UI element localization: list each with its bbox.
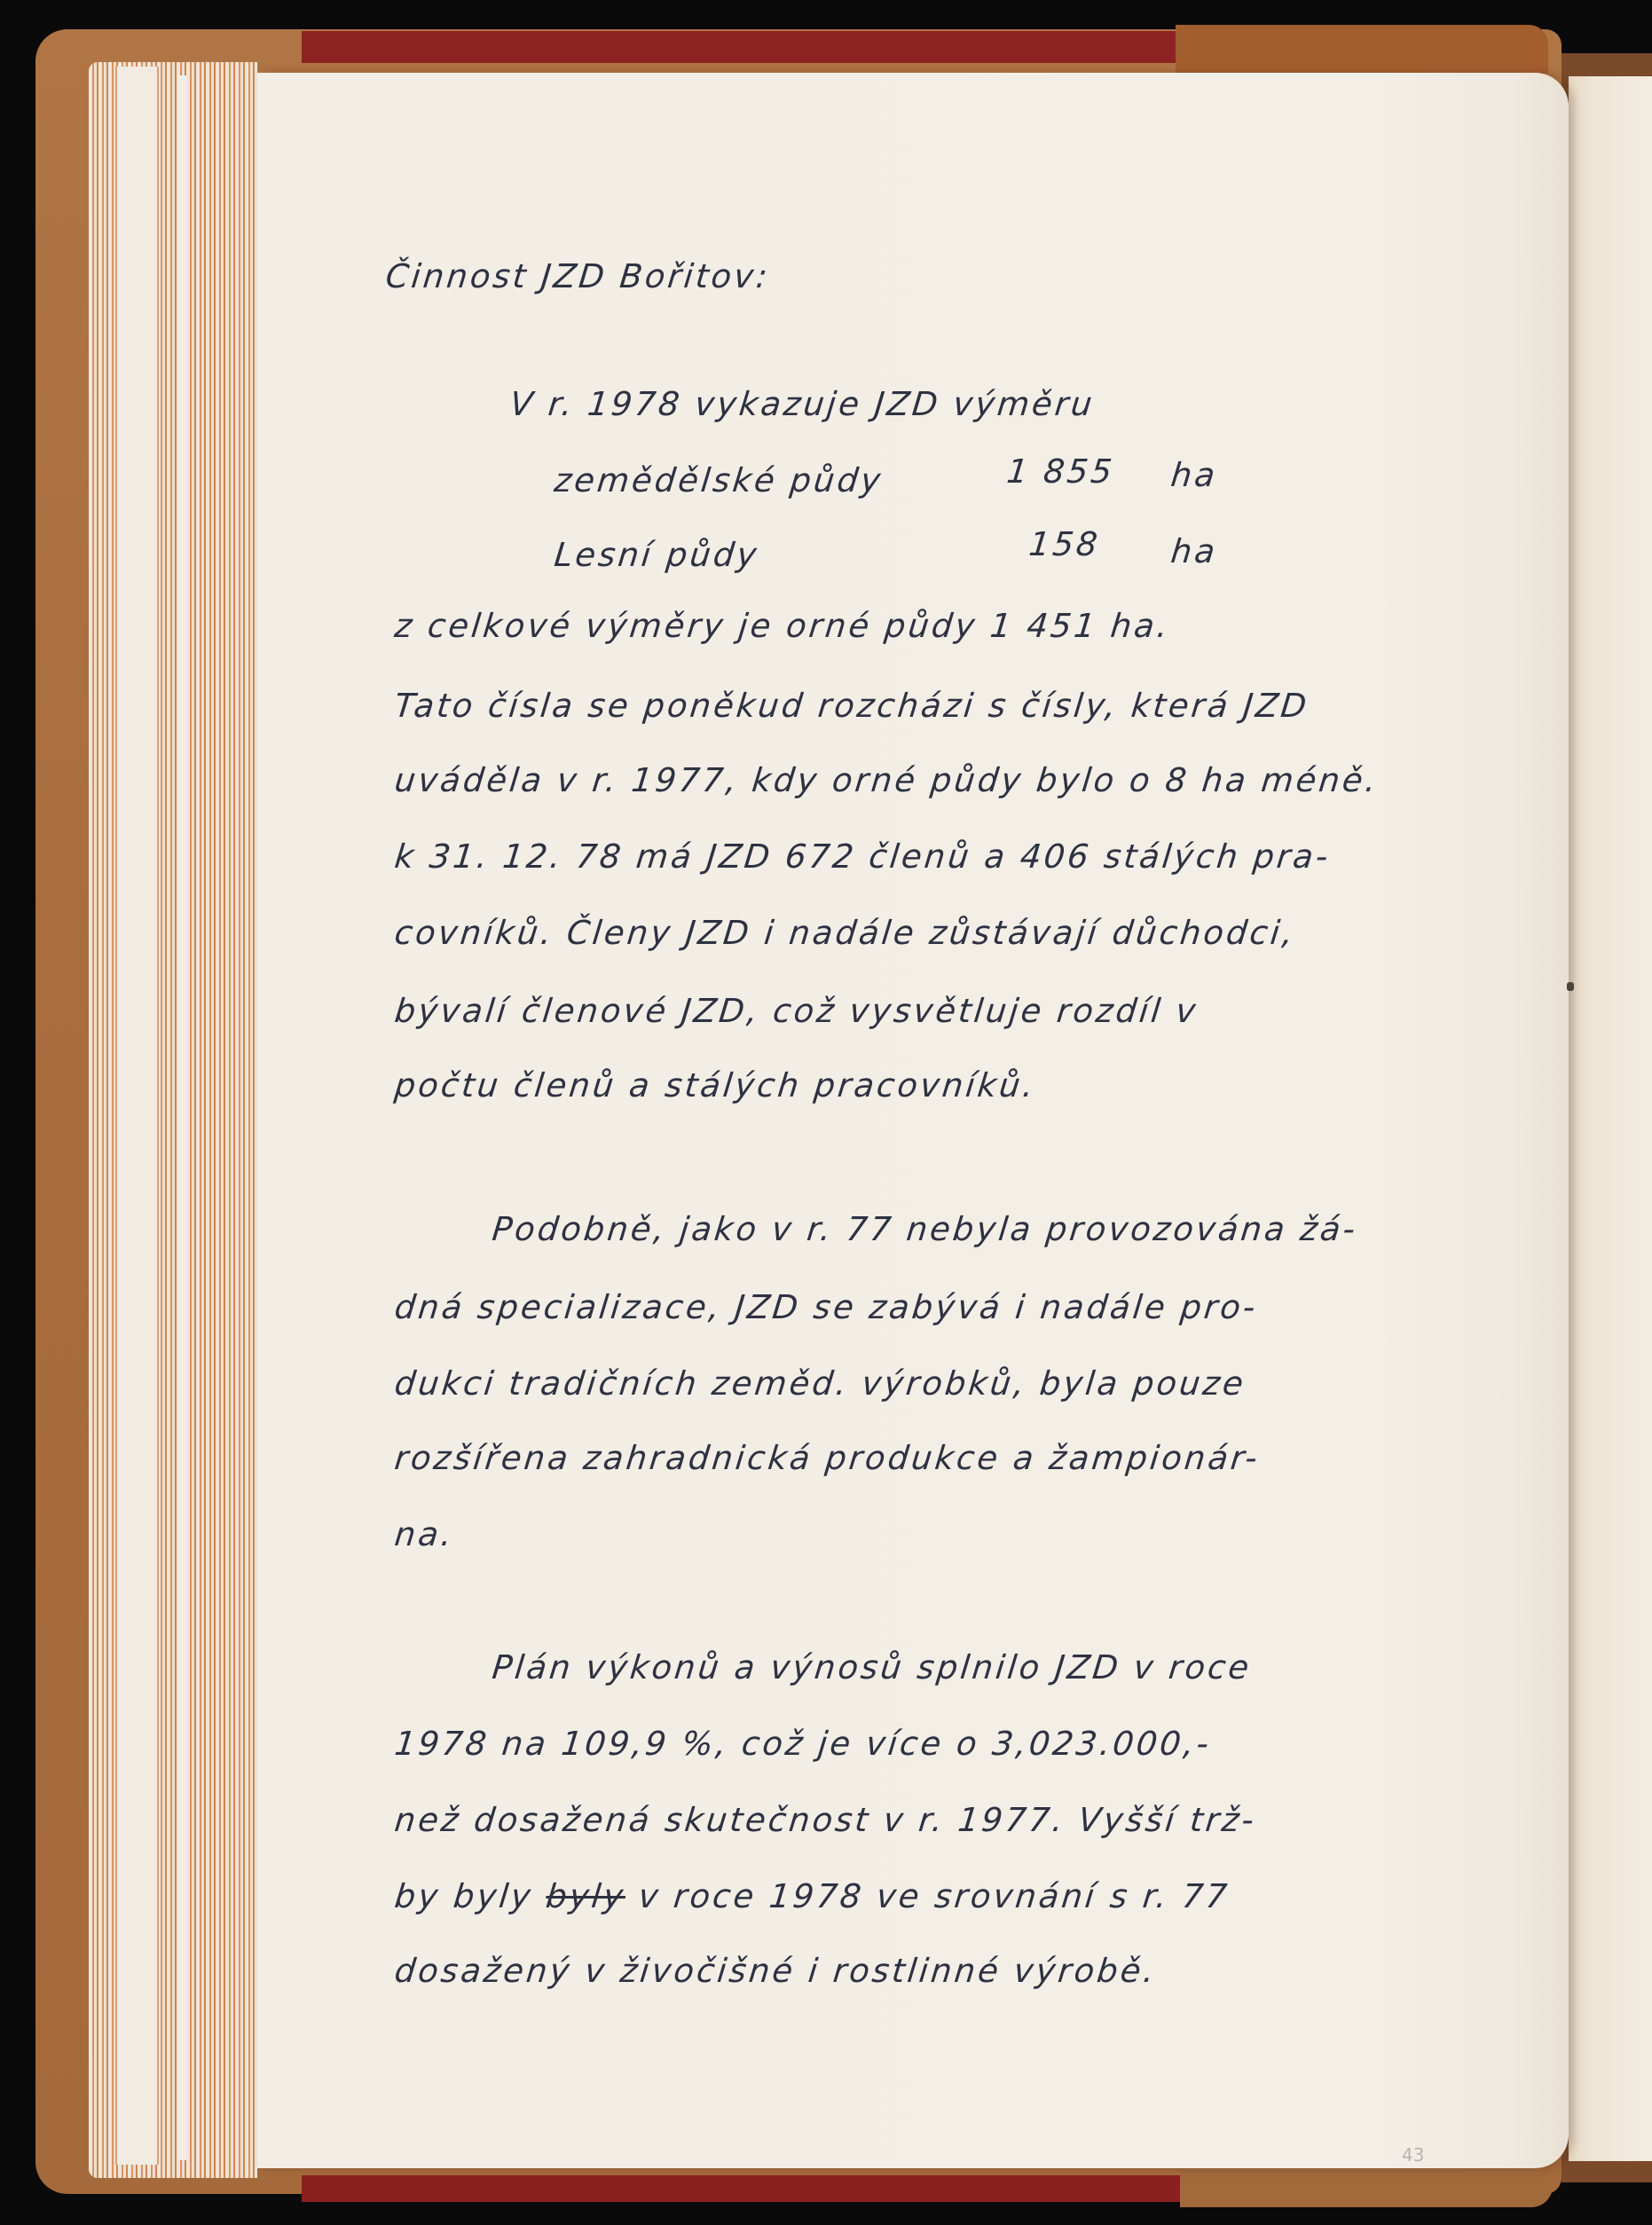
- paragraph-1-line-5: Tato čísla se poněkud rozcházi s čísly, …: [393, 687, 1311, 725]
- paragraph-3-line-4: by byly byly v roce 1978 ve srovnání s r…: [393, 1877, 1231, 1915]
- paragraph-1-line-1: V r. 1978 vykazuje JZD výměru: [508, 385, 1097, 423]
- chronicle-page: Činnost JZD Bořitov: V r. 1978 vykazuje …: [257, 73, 1569, 2168]
- paragraph-1-line-4: z celkové výměry je orné půdy 1 451 ha.: [393, 607, 1172, 645]
- paragraph-3-line-5: dosažený v živočišné i rostlinné výrobě.: [393, 1952, 1159, 1990]
- land-row-forest-value: 158: [1027, 525, 1102, 563]
- land-row-agricultural-unit: ha: [1169, 456, 1220, 494]
- book-cover-red-cloth-bottom: [302, 2175, 1189, 2202]
- paragraph-3-line-4-end: v roce 1978 ve srovnání s r. 77: [637, 1877, 1231, 1915]
- paragraph-2-line-3: dukci tradičních zeměd. výrobků, byla po…: [393, 1364, 1247, 1403]
- page-heading: Činnost JZD Bořitov:: [384, 257, 772, 295]
- paragraph-1-line-6: uváděla v r. 1977, kdy orné půdy bylo o …: [393, 761, 1381, 799]
- land-row-forest-unit: ha: [1169, 532, 1220, 570]
- paragraph-2-line-5: na.: [393, 1515, 456, 1553]
- struck-out-word: byly: [544, 1877, 627, 1915]
- page-edges-divider: [115, 67, 159, 2165]
- pencil-page-mark: 43: [1402, 2144, 1424, 2166]
- page-edges-stack: [89, 62, 257, 2178]
- ink-blot: [1567, 982, 1574, 991]
- paragraph-3-line-3: než dosažená skutečnost v r. 1977. Vyšší…: [393, 1801, 1258, 1839]
- facing-page: [1569, 76, 1652, 2161]
- page-content: Činnost JZD Bořitov: V r. 1978 vykazuje …: [257, 73, 1569, 2168]
- land-row-forest-label: Lesní půdy: [553, 536, 761, 574]
- paragraph-3-line-1: Plán výkonů a výnosů splnilo JZD v roce: [491, 1648, 1254, 1686]
- book-cover-leather-corner-top-right: [1176, 25, 1548, 74]
- paragraph-3-line-4-start: by byly: [393, 1877, 535, 1915]
- paragraph-1-line-10: počtu členů a stálých pracovníků.: [393, 1066, 1038, 1105]
- paragraph-2-line-4: rozšířena zahradnická produkce a žampion…: [393, 1439, 1262, 1477]
- land-row-agricultural-label: zemědělské půdy: [553, 461, 885, 499]
- paragraph-1-line-7: k 31. 12. 78 má JZD 672 členů a 406 stál…: [393, 837, 1333, 876]
- paragraph-3-line-2: 1978 na 109,9 %, což je více o 3,023.000…: [393, 1725, 1214, 1763]
- paragraph-1-line-9: bývalí členové JZD, což vysvětluje rozdí…: [393, 992, 1200, 1030]
- page-edges-divider-2: [177, 75, 186, 2160]
- book-cover-leather-corner-bottom-right: [1180, 2165, 1553, 2207]
- paragraph-2-line-1: Podobně, jako v r. 77 nebyla provozována…: [491, 1210, 1360, 1248]
- land-row-agricultural-value: 1 855: [1005, 452, 1116, 491]
- paragraph-1-line-8: covníků. Členy JZD i nadále zůstávají dů…: [393, 914, 1298, 952]
- book-cover-red-cloth-top: [302, 31, 1180, 63]
- paragraph-2-line-2: dná specializace, JZD se zabývá i nadále…: [393, 1288, 1260, 1326]
